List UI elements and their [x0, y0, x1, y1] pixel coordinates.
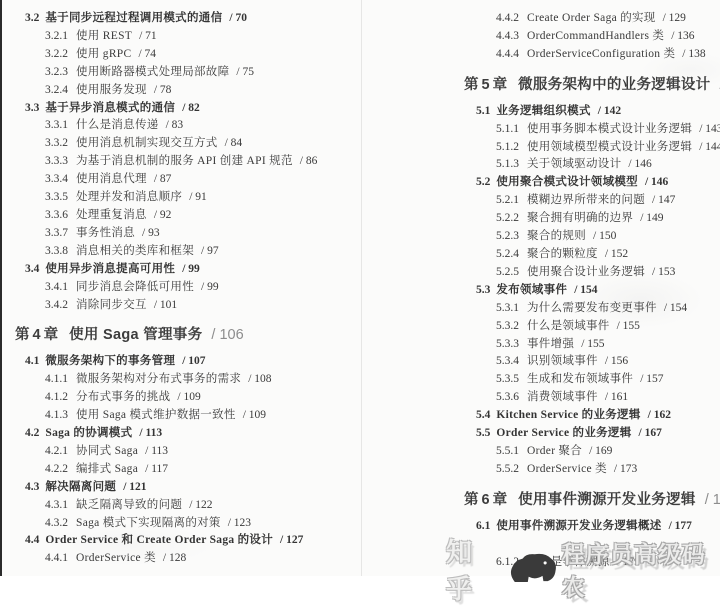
toc-entry-num: 5.1.2 [496, 139, 519, 157]
toc-entry: 4.4Order Service 和 Create Order Saga 的设计… [15, 532, 355, 550]
scanned-toc-page: 3.2基于同步远程过程调用模式的通信/ 703.2.1使用 REST/ 713.… [0, 0, 720, 576]
toc-entry-title: 消费领域事件 [527, 389, 598, 407]
toc-entry: 5.2.5使用聚合设计业务逻辑/ 153 [464, 264, 718, 282]
toc-entry-title: 使用断路器模式处理局部故障 [76, 64, 229, 82]
toc-entry-page: / 156 [605, 353, 628, 371]
toc-entry-title: 使用 Saga 管理事务 [69, 324, 202, 346]
toc-entry-page: / 147 [652, 192, 675, 210]
toc-entry-title: 什么是消息传递 [76, 117, 159, 135]
toc-entry-num: 5.3.5 [496, 371, 519, 389]
toc-entry-page: / 146 [645, 174, 668, 192]
toc-entry: 5.3发布领域事件/ 154 [464, 282, 718, 300]
toc-entry-page: / 150 [593, 228, 616, 246]
toc-entry: 3.4.1同步消息会降低可用性/ 99 [15, 279, 355, 297]
toc-entry-page: / 142 [598, 103, 621, 121]
toc-entry-page: / 143 [699, 121, 720, 139]
toc-entry-title: 使用 REST [76, 28, 132, 46]
toc-entry-page: / 86 [300, 153, 318, 171]
toc-entry-title: 微服务架构对分布式事务的需求 [76, 371, 241, 389]
toc-entry: 5.5.1Order 聚合/ 169 [464, 443, 718, 461]
toc-entry-page: / 154 [574, 282, 597, 300]
toc-entry-page: / 74 [138, 46, 156, 64]
toc-entry-page: / 157 [640, 371, 663, 389]
toc-entry-num: 4.1.1 [45, 371, 68, 389]
toc-entry: 4.1微服务架构下的事务管理/ 107 [15, 353, 355, 371]
toc-entry-title: Saga 的协调模式 [45, 425, 132, 443]
toc-entry: 3.4.2消除同步交互/ 101 [15, 297, 355, 315]
toc-entry: 4.3解决隔离问题/ 121 [15, 479, 355, 497]
toc-entry-num: 4.4.3 [496, 28, 519, 46]
toc-entry-title: 处理并发和消息顺序 [76, 189, 182, 207]
toc-entry-page: / 144 [699, 139, 720, 157]
toc-entry-title: 聚合拥有明确的边界 [527, 210, 633, 228]
toc-entry-title: 发布领域事件 [496, 282, 567, 300]
toc-entry-title: 聚合的颗粒度 [527, 246, 598, 264]
toc-entry-title: 使用消息代理 [76, 171, 147, 189]
toc-entry-page: / 123 [228, 515, 251, 533]
toc-entry-page: / 167 [639, 425, 662, 443]
toc-entry-page: / 71 [139, 28, 157, 46]
toc-entry: 5.3.5生成和发布领域事件/ 157 [464, 371, 718, 389]
toc-entry-title: 缺乏隔离导致的问题 [76, 497, 182, 515]
toc-entry-title: 分布式事务的挑战 [76, 389, 170, 407]
toc-entry-page: / 136 [671, 28, 694, 46]
toc-entry: 5.5Order Service 的业务逻辑/ 167 [464, 425, 718, 443]
toc-entry-title: 使用 gRPC [76, 46, 131, 64]
toc-entry-num: 3.3.2 [45, 135, 68, 153]
toc-entry-num: 5.5 [476, 425, 490, 443]
toc-entry-title: 为什么需要发布变更事件 [527, 300, 657, 318]
toc-entry: 4.4.3OrderCommandHandlers 类/ 136 [464, 28, 718, 46]
toc-entry-page: / 82 [182, 100, 200, 118]
toc-entry: 第6章使用事件溯源开发业务逻辑/ 176 [464, 489, 718, 511]
toc-entry: 4.4.2Create Order Saga 的实现/ 129 [464, 10, 718, 28]
toc-entry-title: 模糊边界所带来的问题 [527, 192, 645, 210]
toc-entry-page: / 109 [177, 389, 200, 407]
toc-entry-page: / 78 [154, 82, 172, 100]
toc-entry: 4.2.2编排式 Saga/ 117 [15, 461, 355, 479]
toc-entry-title: 使用异步消息提高可用性 [45, 261, 175, 279]
toc-entry-title: 使用事件溯源开发业务逻辑 [518, 489, 696, 511]
toc-entry-page: / 129 [663, 10, 686, 28]
toc-entry-num: 4.2.2 [45, 461, 68, 479]
watermark-author: 程序员高级码农 [562, 536, 720, 576]
toc-entry-title: 微服务架构下的事务管理 [45, 353, 175, 371]
toc-entry: 第5章微服务架构中的业务逻辑设计/ 141 [464, 74, 718, 96]
toc-entry-num: 4.2.1 [45, 443, 68, 461]
toc-entry-num: 3.2 [25, 10, 39, 28]
toc-entry-title: 使用服务发现 [76, 82, 147, 100]
toc-entry: 4.1.3使用 Saga 模式维护数据一致性/ 109 [15, 407, 355, 425]
toc-entry-title: 基于异步消息模式的通信 [45, 100, 175, 118]
toc-entry-title: 为基于消息机制的服务 API 创建 API 规范 [76, 153, 293, 171]
toc-entry-num: 5.3.6 [496, 389, 519, 407]
toc-entry-num: 3.4.1 [45, 279, 68, 297]
toc-entry-title: 业务逻辑组织模式 [496, 103, 590, 121]
toc-entry-title: 同步消息会降低可用性 [76, 279, 194, 297]
toc-entry-page: / 122 [189, 497, 212, 515]
toc-entry-page: / 93 [142, 225, 160, 243]
toc-entry-page: / 113 [139, 425, 162, 443]
toc-entry-title: 使用 Saga 模式维护数据一致性 [76, 407, 236, 425]
toc-entry-title: Saga 模式下实现隔离的对策 [76, 515, 221, 533]
toc-entry-title: OrderService 类 [527, 461, 607, 479]
toc-entry-num: 4.4.1 [45, 550, 68, 568]
toc-entry-num: 3.3.7 [45, 225, 68, 243]
toc-entry-num: 5.2.2 [496, 210, 519, 228]
toc-entry-title: 消除同步交互 [76, 297, 147, 315]
toc-entry-num: 4.4.2 [496, 10, 519, 28]
toc-entry-title: OrderCommandHandlers 类 [527, 28, 664, 46]
toc-entry-title: 生成和发布领域事件 [527, 371, 633, 389]
toc-entry-num: 第5章 [464, 74, 510, 96]
toc-entry-page: / 155 [617, 318, 640, 336]
toc-entry-title: 使用消息机制实现交互方式 [76, 135, 218, 153]
toc-entry: 5.2.4聚合的颗粒度/ 152 [464, 246, 718, 264]
toc-entry-num: 3.3.3 [45, 153, 68, 171]
toc-entry-title: OrderServiceConfiguration 类 [527, 46, 675, 64]
toc-entry-title: 微服务架构中的业务逻辑设计 [518, 74, 710, 96]
toc-entry: 4.4.1OrderService 类/ 128 [15, 550, 355, 568]
toc-entry-title: 事件增强 [527, 336, 574, 354]
toc-entry: 5.3.6消费领域事件/ 161 [464, 389, 718, 407]
toc-entry: 5.3.1为什么需要发布变更事件/ 154 [464, 300, 718, 318]
toc-entry-page: / 128 [163, 550, 186, 568]
toc-entry-num: 3.2.2 [45, 46, 68, 64]
toc-entry: 4.2.1协同式 Saga/ 113 [15, 443, 355, 461]
toc-entry: 3.3.4使用消息代理/ 87 [15, 171, 355, 189]
toc-entry-title: Create Order Saga 的实现 [527, 10, 656, 28]
toc-entry-page: / 173 [614, 461, 637, 479]
toc-entry-num: 5.1.1 [496, 121, 519, 139]
toc-entry-num: 3.4.2 [45, 297, 68, 315]
toc-entry-num: 5.2.4 [496, 246, 519, 264]
toc-entry-title: 识别领域事件 [527, 353, 598, 371]
toc-entry-title: 使用聚合设计业务逻辑 [527, 264, 645, 282]
toc-entry: 3.3.5处理并发和消息顺序/ 91 [15, 189, 355, 207]
toc-entry: 3.2基于同步远程过程调用模式的通信/ 70 [15, 10, 355, 28]
toc-entry: 4.3.1缺乏隔离导致的问题/ 122 [15, 497, 355, 515]
toc-entry-num: 3.3.6 [45, 207, 68, 225]
toc-entry-num: 3.3.5 [45, 189, 68, 207]
toc-entry-page: / 161 [605, 389, 628, 407]
toc-entry-num: 4.3.1 [45, 497, 68, 515]
toc-entry-num: 4.1.3 [45, 407, 68, 425]
toc-entry-num: 第4章 [15, 324, 61, 346]
toc-entry-page: / 154 [664, 300, 687, 318]
toc-entry: 3.2.2使用 gRPC/ 74 [15, 46, 355, 64]
toc-entry-num: 5.1 [476, 103, 490, 121]
toc-entry: 第4章使用 Saga 管理事务/ 106 [15, 324, 355, 346]
toc-entry-title: 关于领域驱动设计 [527, 156, 621, 174]
toc-entry: 3.3.1什么是消息传递/ 83 [15, 117, 355, 135]
toc-entry: 5.2.3聚合的规则/ 150 [464, 228, 718, 246]
toc-entry-num: 5.5.2 [496, 461, 519, 479]
toc-entry: 5.3.4识别领域事件/ 156 [464, 353, 718, 371]
toc-entry-page: / 121 [123, 479, 146, 497]
toc-entry-page: / 87 [154, 171, 172, 189]
toc-entry: 5.1业务逻辑组织模式/ 142 [464, 103, 718, 121]
toc-entry-title: 协同式 Saga [76, 443, 138, 461]
toc-entry-num: 5.3.2 [496, 318, 519, 336]
toc-entry-page: / 108 [248, 371, 271, 389]
toc-entry: 4.4.4OrderServiceConfiguration 类/ 138 [464, 46, 718, 64]
toc-entry-num: 3.4 [25, 261, 39, 279]
toc-entry-page: / 109 [243, 407, 266, 425]
toc-entry: 3.2.4使用服务发现/ 78 [15, 82, 355, 100]
toc-entry-title: 事务性消息 [76, 225, 135, 243]
toc-entry-title: Order 聚合 [527, 443, 582, 461]
toc-entry-page: / 92 [154, 207, 172, 225]
toc-entry-title: 聚合的规则 [527, 228, 586, 246]
toc-entry-num: 3.3.4 [45, 171, 68, 189]
toc-entry: 5.4Kitchen Service 的业务逻辑/ 162 [464, 407, 718, 425]
toc-entry-num: 第6章 [464, 489, 510, 511]
toc-entry-page: / 169 [589, 443, 612, 461]
toc-entry-page: / 117 [145, 461, 168, 479]
toc-entry-page: / 106 [211, 324, 243, 346]
toc-entry-num: 4.4.4 [496, 46, 519, 64]
toc-entry: 5.5.2OrderService 类/ 173 [464, 461, 718, 479]
toc-entry-num: 3.3.8 [45, 243, 68, 261]
toc-entry-page: / 84 [225, 135, 243, 153]
toc-entry: 3.3.2使用消息机制实现交互方式/ 84 [15, 135, 355, 153]
toc-entry-num: 3.2.3 [45, 64, 68, 82]
toc-entry: 4.1.1微服务架构对分布式事务的需求/ 108 [15, 371, 355, 389]
toc-entry: 3.2.3使用断路器模式处理局部故障/ 75 [15, 64, 355, 82]
toc-entry: 4.1.2分布式事务的挑战/ 109 [15, 389, 355, 407]
toc-entry-page: / 153 [652, 264, 675, 282]
toc-entry-num: 5.3.1 [496, 300, 519, 318]
toc-entry-page: / 162 [648, 407, 671, 425]
toc-entry: 5.2使用聚合模式设计领域模型/ 146 [464, 174, 718, 192]
toc-entry-num: 5.3 [476, 282, 490, 300]
toc-entry-title: 使用聚合模式设计领域模型 [496, 174, 638, 192]
toc-entry-title: 使用领域模型模式设计业务逻辑 [527, 139, 692, 157]
toc-entry-title: OrderService 类 [76, 550, 156, 568]
page-edge-line [0, 0, 2, 576]
toc-entry-page: / 138 [682, 46, 705, 64]
toc-entry-page: / 97 [201, 243, 219, 261]
toc-entry-title: 编排式 Saga [76, 461, 138, 479]
toc-entry-num: 4.1.2 [45, 389, 68, 407]
toc-entry-num: 4.1 [25, 353, 39, 371]
toc-entry: 5.2.1模糊边界所带来的问题/ 147 [464, 192, 718, 210]
toc-entry-num: 5.3.3 [496, 336, 519, 354]
toc-entry-page: / 99 [201, 279, 219, 297]
toc-entry-num: 5.1.3 [496, 156, 519, 174]
toc-entry-num: 3.2.4 [45, 82, 68, 100]
toc-column-left: 3.2基于同步远程过程调用模式的通信/ 703.2.1使用 REST/ 713.… [15, 10, 355, 568]
toc-entry: 4.2Saga 的协调模式/ 113 [15, 425, 355, 443]
toc-entry-num: 3.3 [25, 100, 39, 118]
toc-entry-num: 5.2 [476, 174, 490, 192]
toc-entry-page: / 149 [640, 210, 663, 228]
toc-entry-page: / 176 [705, 489, 720, 511]
toc-entry: 5.1.1使用事务脚本模式设计业务逻辑/ 143 [464, 121, 718, 139]
toc-entry-title: Kitchen Service 的业务逻辑 [496, 407, 640, 425]
toc-entry: 4.3.2Saga 模式下实现隔离的对策/ 123 [15, 515, 355, 533]
toc-entry-num: 5.3.4 [496, 353, 519, 371]
toc-entry-page: / 127 [280, 532, 303, 550]
toc-entry-num: 5.2.3 [496, 228, 519, 246]
toc-entry-num: 4.3 [25, 479, 39, 497]
toc-entry: 5.3.3事件增强/ 155 [464, 336, 718, 354]
toc-entry: 3.4使用异步消息提高可用性/ 99 [15, 261, 355, 279]
toc-entry-title: 基于同步远程过程调用模式的通信 [45, 10, 222, 28]
toc-entry-title: 使用事务脚本模式设计业务逻辑 [527, 121, 692, 139]
toc-entry-title: 什么是领域事件 [527, 318, 610, 336]
toc-entry: 3.3.3为基于消息机制的服务 API 创建 API 规范/ 86 [15, 153, 355, 171]
toc-entry: 3.3.6处理重复消息/ 92 [15, 207, 355, 225]
toc-entry-title: Order Service 和 Create Order Saga 的设计 [45, 532, 273, 550]
toc-entry-title: Order Service 的业务逻辑 [496, 425, 631, 443]
toc-entry-num: 3.3.1 [45, 117, 68, 135]
toc-entry-num: 5.5.1 [496, 443, 519, 461]
toc-entry: 5.3.2什么是领域事件/ 155 [464, 318, 718, 336]
toc-entry-num: 5.2.5 [496, 264, 519, 282]
watermark-brand: 知乎 [446, 532, 499, 576]
watermark: 知乎 程序员高级码农 [446, 532, 720, 576]
toc-entry: 5.1.3关于领域驱动设计/ 146 [464, 156, 718, 174]
toc-entry-num: 4.3.2 [45, 515, 68, 533]
toc-entry: 3.3基于异步消息模式的通信/ 82 [15, 100, 355, 118]
toc-entry-page: / 107 [182, 353, 205, 371]
toc-entry-page: / 146 [628, 156, 651, 174]
toc-entry-title: 消息相关的类库和框架 [76, 243, 194, 261]
toc-entry: 3.3.7事务性消息/ 93 [15, 225, 355, 243]
toc-column-right: 4.4.2Create Order Saga 的实现/ 1294.4.3Orde… [464, 10, 718, 571]
toc-entry: 3.3.8消息相关的类库和框架/ 97 [15, 243, 355, 261]
mascot-logo-icon [507, 551, 559, 576]
toc-entry-page: / 91 [189, 189, 207, 207]
toc-entry: 5.2.2聚合拥有明确的边界/ 149 [464, 210, 718, 228]
toc-entry-num: 4.4 [25, 532, 39, 550]
toc-entry-num: 5.2.1 [496, 192, 519, 210]
toc-entry-page: / 99 [182, 261, 200, 279]
toc-entry-num: 3.2.1 [45, 28, 68, 46]
toc-entry: 5.1.2使用领域模型模式设计业务逻辑/ 144 [464, 139, 718, 157]
toc-entry-page: / 83 [166, 117, 184, 135]
toc-entry: 3.2.1使用 REST/ 71 [15, 28, 355, 46]
column-divider [361, 0, 362, 576]
toc-entry-num: 4.2 [25, 425, 39, 443]
toc-entry-page: / 152 [605, 246, 628, 264]
toc-entry-page: / 75 [236, 64, 254, 82]
toc-entry-page: / 155 [581, 336, 604, 354]
toc-entry-title: 处理重复消息 [76, 207, 147, 225]
toc-entry-page: / 113 [145, 443, 168, 461]
toc-entry-title: 解决隔离问题 [45, 479, 116, 497]
toc-entry-num: 5.4 [476, 407, 490, 425]
toc-entry-page: / 101 [154, 297, 177, 315]
toc-entry-page: / 70 [229, 10, 247, 28]
